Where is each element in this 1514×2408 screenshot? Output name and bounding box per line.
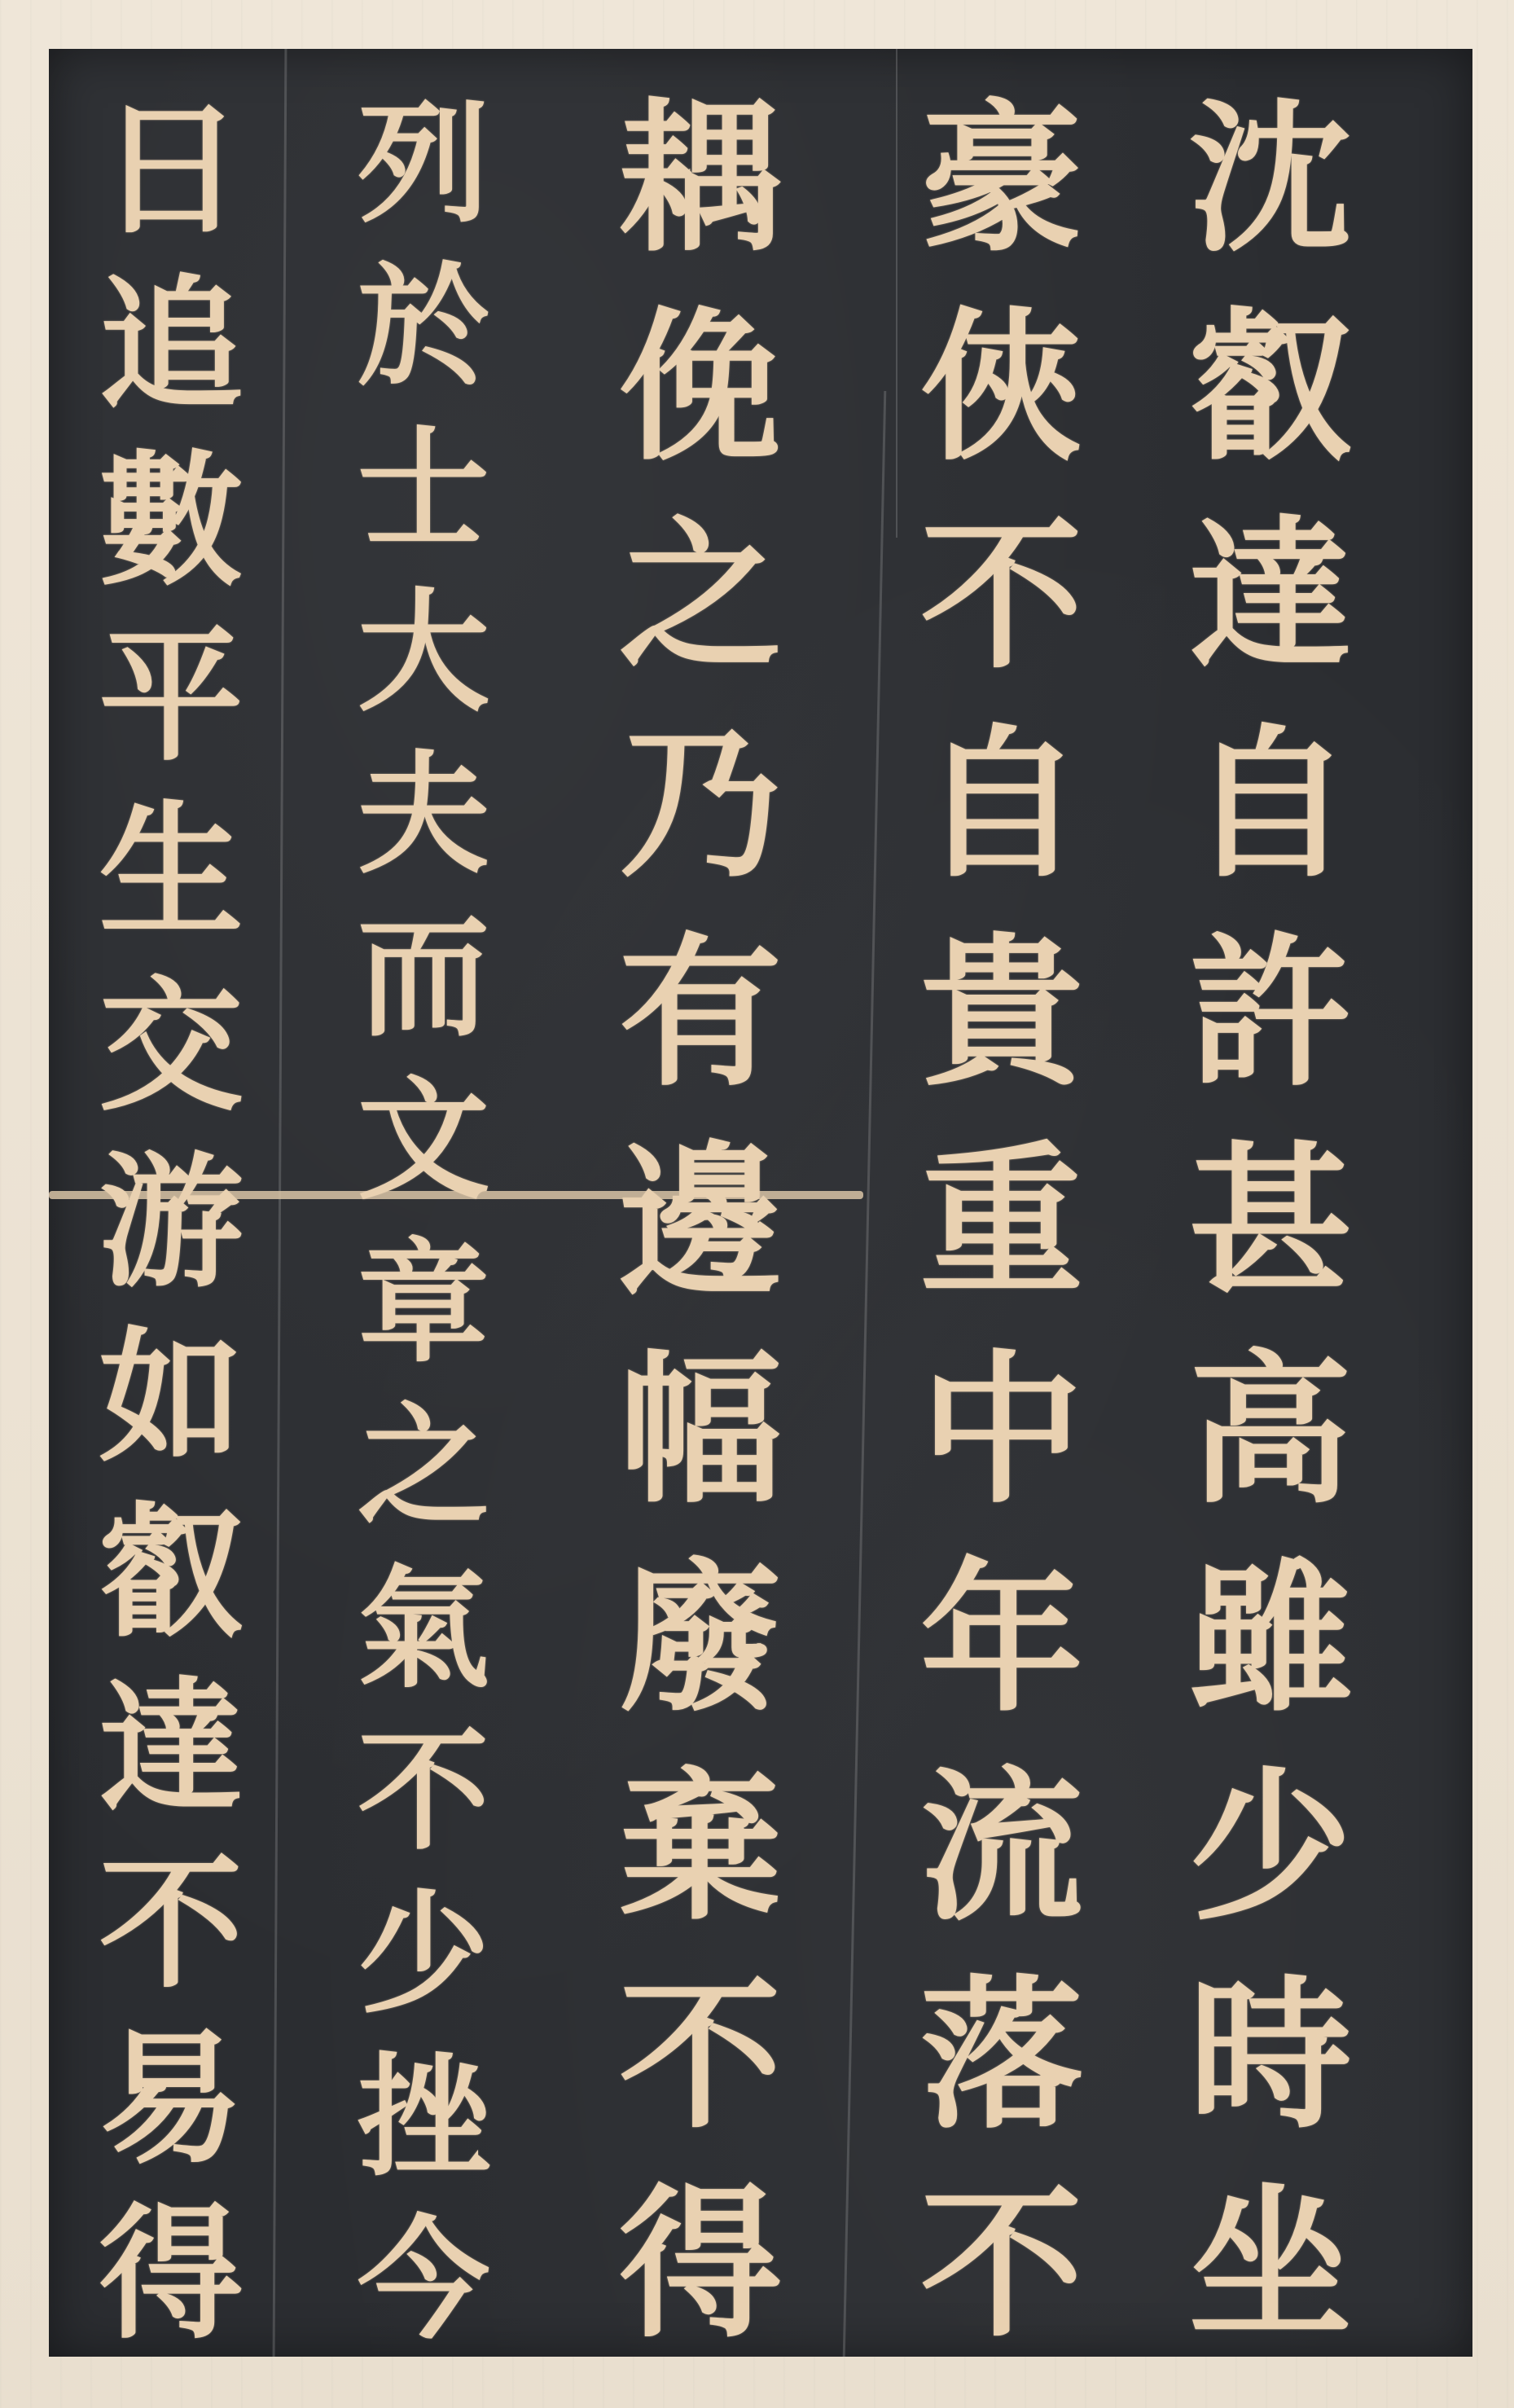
paper-crease (896, 49, 897, 538)
calligraphy-character: 棄 (619, 1766, 782, 1929)
calligraphy-character: 不 (619, 1975, 782, 2138)
calligraphy-character: 數 (99, 449, 243, 593)
calligraphy-character: 有 (619, 932, 782, 1095)
calligraphy-character: 追 (99, 273, 243, 417)
calligraphy-character: 達 (1189, 515, 1352, 678)
calligraphy-character: 而 (358, 912, 489, 1044)
calligraphy-character: 落 (920, 1975, 1083, 2138)
calligraphy-character: 生 (99, 799, 243, 943)
text-column-1: 沈叡達自許甚高雖少時坐 (1173, 98, 1368, 2346)
calligraphy-character: 流 (920, 1766, 1083, 1929)
calligraphy-character: 少 (358, 1888, 489, 2020)
calligraphy-character: 重 (920, 1140, 1083, 1303)
calligraphy-character: 年 (920, 1558, 1083, 1720)
calligraphy-character: 叡 (1189, 306, 1352, 469)
calligraphy-character: 氣 (358, 1563, 489, 1695)
calligraphy-character: 自 (920, 723, 1083, 886)
calligraphy-character: 達 (99, 1676, 243, 1820)
calligraphy-character: 如 (99, 1325, 243, 1470)
calligraphy-character: 列 (358, 98, 489, 230)
calligraphy-character: 之 (619, 515, 782, 678)
paper-crease (273, 49, 287, 2357)
calligraphy-character: 耦 (619, 98, 782, 261)
text-column-2: 豪俠不自貴重中年流落不 (904, 98, 1099, 2346)
calligraphy-character: 高 (1189, 1349, 1352, 1512)
calligraphy-character: 夫 (358, 749, 489, 881)
calligraphy-character: 於 (358, 261, 489, 393)
calligraphy-character: 雖 (1189, 1558, 1352, 1720)
calligraphy-character: 文 (358, 1074, 489, 1206)
calligraphy-character: 俠 (920, 306, 1083, 469)
calligraphy-character: 甚 (1189, 1140, 1352, 1303)
calligraphy-character: 不 (920, 2183, 1083, 2346)
calligraphy-character: 自 (1189, 723, 1352, 886)
calligraphy-character: 大 (358, 587, 489, 718)
calligraphy-character: 得 (619, 2183, 782, 2346)
text-column-5: 日追數平生交游如叡達不易得 (73, 98, 269, 2346)
calligraphy-character: 中 (920, 1349, 1083, 1512)
calligraphy-character: 邊 (619, 1140, 782, 1303)
calligraphy-character: 得 (99, 2202, 243, 2346)
calligraphy-character: 貴 (920, 932, 1083, 1095)
paper-crease (843, 391, 887, 2357)
calligraphy-character: 易 (99, 2027, 243, 2171)
calligraphy-character: 沈 (1189, 98, 1352, 261)
calligraphy-character: 不 (358, 1725, 489, 1857)
calligraphy-character: 交 (99, 974, 243, 1118)
calligraphy-character: 許 (1189, 932, 1352, 1095)
calligraphy-character: 挫 (358, 2051, 489, 2183)
calligraphy-character: 俛 (619, 306, 782, 469)
calligraphy-character: 游 (99, 1150, 243, 1294)
calligraphy-character: 坐 (1189, 2183, 1352, 2346)
calligraphy-character: 日 (99, 98, 243, 242)
calligraphy-character: 之 (358, 1400, 489, 1532)
calligraphy-character: 士 (358, 424, 489, 556)
calligraphy-character: 乃 (619, 723, 782, 886)
calligraphy-character: 章 (358, 1237, 489, 1369)
calligraphy-character: 今 (358, 2214, 489, 2346)
calligraphy-character: 少 (1189, 1766, 1352, 1929)
calligraphy-character: 豪 (920, 98, 1083, 261)
calligraphy-character: 平 (99, 624, 243, 768)
calligraphy-character: 幅 (619, 1349, 782, 1512)
calligraphy-character: 時 (1189, 1975, 1352, 2138)
text-column-3: 耦俛之乃有邊幅廢棄不得 (603, 98, 798, 2346)
calligraphy-character: 叡 (99, 1501, 243, 1645)
calligraphy-character: 廢 (619, 1558, 782, 1720)
calligraphy-character: 不 (920, 515, 1083, 678)
text-column-4: 列於士大夫而文章之氣不少挫今 (326, 98, 521, 2346)
calligraphy-character: 不 (99, 1852, 243, 1996)
